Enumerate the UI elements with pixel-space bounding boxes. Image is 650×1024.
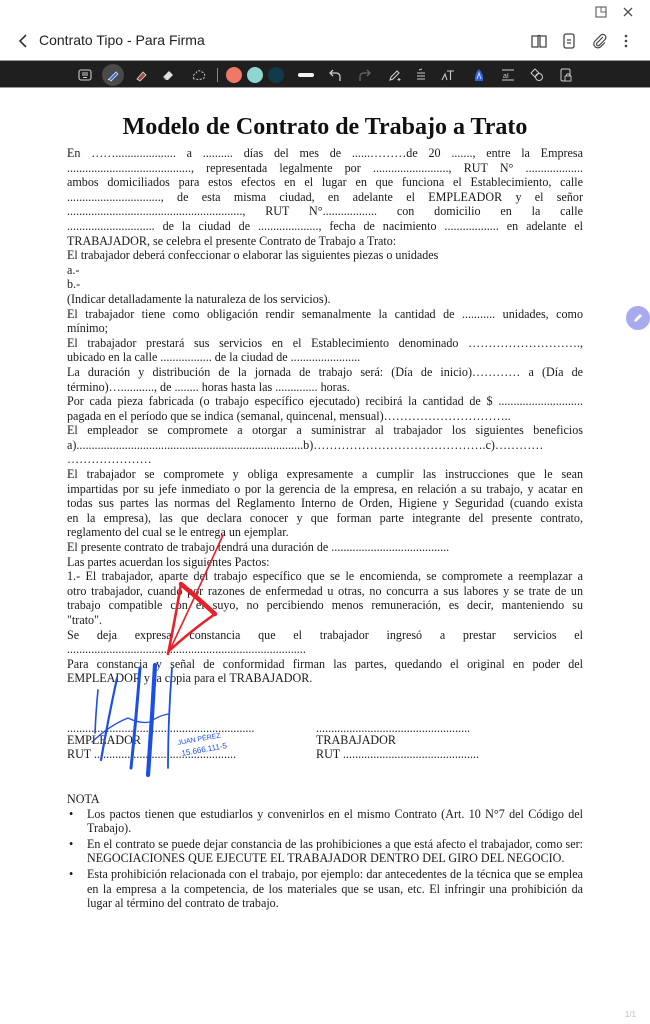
document-icon <box>562 33 576 49</box>
redo-icon <box>358 68 372 82</box>
color-swatch-coral[interactable] <box>226 67 242 83</box>
restore-window-icon[interactable] <box>592 3 610 21</box>
marker-icon <box>134 68 148 82</box>
contract-line: impartidas por su jefe inmediato o por l… <box>67 482 583 497</box>
svg-text:aI: aI <box>503 73 509 80</box>
contract-line: "trato". <box>67 613 583 628</box>
employer-label: EMPLEADOR <box>67 733 141 748</box>
attach-icon <box>592 33 608 49</box>
pen-settings-icon <box>388 68 402 82</box>
nota-section: NOTA Los pactos tienen que estudiarlos y… <box>67 792 583 912</box>
document-button[interactable] <box>558 30 580 52</box>
nota-list: Los pactos tienen que estudiarlos y conv… <box>67 807 583 911</box>
contract-line: trabajo compatible con el suyo, no perci… <box>67 598 583 613</box>
contract-line: término)…..........., de ........ horas … <box>67 380 583 395</box>
nota-item: En el contrato se puede dejar constancia… <box>67 837 583 866</box>
text-box-icon: aI <box>501 68 515 82</box>
redo-button[interactable] <box>354 64 376 86</box>
contract-line: El trabajador se compromete y obliga exp… <box>67 467 583 482</box>
contract-line: (Indicar detalladamente la naturaleza de… <box>67 292 583 307</box>
contract-line: La duración y distribución de la jornada… <box>67 365 583 380</box>
contract-line: ambos domiciliados para estos efectos en… <box>67 175 583 190</box>
back-button[interactable] <box>12 30 34 52</box>
book-view-icon <box>531 34 547 48</box>
contract-line: Las partes acuerdan los siguientes Pacto… <box>67 555 583 570</box>
contract-line: 1.- El trabajador, aparte del trabajo es… <box>67 569 583 584</box>
worker-label: TRABAJADOR <box>316 733 396 748</box>
contract-line: b.- <box>67 277 583 292</box>
contract-line: ............................. de la ciud… <box>67 219 583 234</box>
contract-line: En …….................... a .......... d… <box>67 146 583 161</box>
more-icon <box>624 34 628 48</box>
employer-rut: RUT ....................................… <box>67 747 236 762</box>
floating-pen-button[interactable] <box>626 306 650 330</box>
shapes-button[interactable] <box>526 64 548 86</box>
nota-item: Esta prohibición relacionada con el trab… <box>67 867 583 911</box>
undo-icon <box>328 68 342 82</box>
stroke-width-button[interactable] <box>295 64 317 86</box>
contract-line: Para constancia y señal de conformidad f… <box>67 657 583 672</box>
contract-line: El presente contrato de trabajo tendrá u… <box>67 540 583 555</box>
pen-tool[interactable] <box>102 64 124 86</box>
document-heading: Modelo de Contrato de Trabajo a Trato <box>0 114 650 141</box>
pen-settings-button[interactable] <box>384 64 406 86</box>
page-indicator: 1/1 <box>625 1010 636 1019</box>
contract-line: a.- <box>67 263 583 278</box>
text-icon <box>441 68 455 82</box>
app-bar: Contrato Tipo - Para Firma <box>0 24 650 60</box>
contract-line: ………………… <box>67 452 583 467</box>
more-options-button[interactable] <box>615 30 637 52</box>
eraser-icon <box>161 68 175 82</box>
contract-line: El trabajador prestará sus servicios en … <box>67 336 583 351</box>
undo-button[interactable] <box>324 64 346 86</box>
pen-icon <box>106 68 120 82</box>
lasso-icon <box>191 68 207 82</box>
contract-line: en la empresa), las que declara conocer … <box>67 511 583 526</box>
contract-line: todas sus partes las normas del Reglamen… <box>67 496 583 511</box>
lock-icon <box>559 68 573 82</box>
shapes-icon <box>530 68 544 82</box>
color-swatch-teal[interactable] <box>247 67 263 83</box>
text-button[interactable] <box>437 64 459 86</box>
straighten-icon <box>414 68 428 82</box>
contract-line: reglamento del cual se le entrega un eje… <box>67 525 583 540</box>
text-box-button[interactable]: aI <box>497 64 519 86</box>
nota-heading: NOTA <box>67 792 583 807</box>
close-window-icon[interactable] <box>619 3 637 21</box>
stroke-width-icon <box>298 72 314 78</box>
contract-line: El empleador se compromete a otorgar a s… <box>67 423 583 438</box>
lasso-tool[interactable] <box>188 64 210 86</box>
straighten-button[interactable] <box>410 64 432 86</box>
book-view-button[interactable] <box>528 30 550 52</box>
color-swatch-navy[interactable] <box>268 67 284 83</box>
contract-line: ........................................… <box>67 204 583 219</box>
contract-line: a)......................................… <box>67 438 583 453</box>
contract-line: ubicado en la calle ................. de… <box>67 350 583 365</box>
window-bar <box>0 0 650 24</box>
pencil-icon <box>632 312 644 324</box>
document-title: Contrato Tipo - Para Firma <box>39 32 205 48</box>
highlight-text-icon <box>473 68 485 82</box>
nota-item: Los pactos tienen que estudiarlos y conv… <box>67 807 583 836</box>
chevron-left-icon <box>17 33 29 49</box>
contract-line: El trabajador deberá confeccionar o elab… <box>67 248 583 263</box>
keyboard-tool[interactable] <box>74 64 96 86</box>
contract-body: En …….................... a .......... d… <box>67 146 583 686</box>
contract-line: TRABAJADOR, se celebra el presente Contr… <box>67 234 583 249</box>
keyboard-icon <box>78 69 92 81</box>
contract-line: ........................................… <box>67 642 583 657</box>
eraser-tool[interactable] <box>157 64 179 86</box>
contract-line: Por cada pieza fabricada (o trabajo espe… <box>67 394 583 409</box>
marker-tool[interactable] <box>130 64 152 86</box>
attach-button[interactable] <box>589 30 611 52</box>
contract-line: ........................................… <box>67 161 583 176</box>
contract-line: otro trabajador, cuando por razones de e… <box>67 584 583 599</box>
contract-line: ..............................., de esta… <box>67 190 583 205</box>
contract-line: pagada en el período que se indica (sema… <box>67 409 583 424</box>
worker-rut: RUT ....................................… <box>316 747 479 762</box>
lock-button[interactable] <box>555 64 577 86</box>
highlight-text-button[interactable] <box>468 64 490 86</box>
contract-line: Se deja expresa constancia que el trabaj… <box>67 628 583 643</box>
toolbar-divider <box>217 68 218 82</box>
contract-line: EMPLEADOR y la copia para el TRABAJADOR. <box>67 671 583 686</box>
contract-line: El trabajador tiene como obligación rend… <box>67 307 583 322</box>
contract-line: mínimo; <box>67 321 583 336</box>
pen-toolbar: aI <box>0 60 650 88</box>
